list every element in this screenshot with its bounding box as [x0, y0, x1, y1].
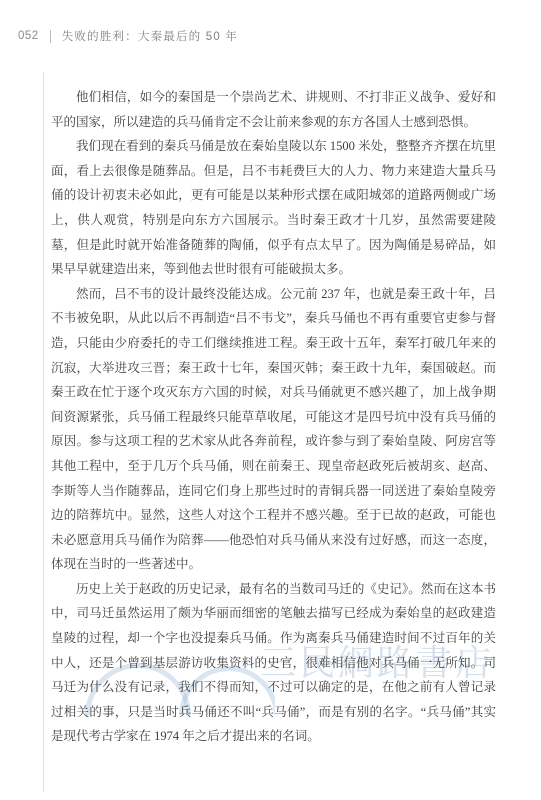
paragraph-2: 我们现在看到的秦兵马俑是放在秦始皇陵以东 1500 米处，整整齐齐摆在坑里面，看… — [51, 134, 496, 282]
header-divider — [50, 30, 51, 43]
page-number: 052 — [18, 30, 39, 42]
margin-rule — [43, 72, 44, 792]
page-body: 他们相信，如今的秦国是一个崇尚艺术、讲规则、不打非正义战争、爱好和平的国家，所以… — [51, 85, 496, 749]
book-title: 失败的胜利：大秦最后的 50 年 — [62, 28, 238, 44]
book-page: 052 失败的胜利：大秦最后的 50 年 三民網路書店 他们相信，如今的秦国是一… — [0, 0, 541, 800]
running-header: 052 失败的胜利：大秦最后的 50 年 — [18, 28, 238, 44]
paragraph-3: 然而，吕不韦的设计最终没能达成。公元前 237 年，也就是秦王政十年，吕不韦被免… — [51, 282, 496, 577]
paragraph-4: 历史上关于赵政的历史记录，最有名的当数司马迁的《史记》。然而在这本书中，司马迁虽… — [51, 577, 496, 749]
paragraph-1: 他们相信，如今的秦国是一个崇尚艺术、讲规则、不打非正义战争、爱好和平的国家，所以… — [51, 85, 496, 134]
